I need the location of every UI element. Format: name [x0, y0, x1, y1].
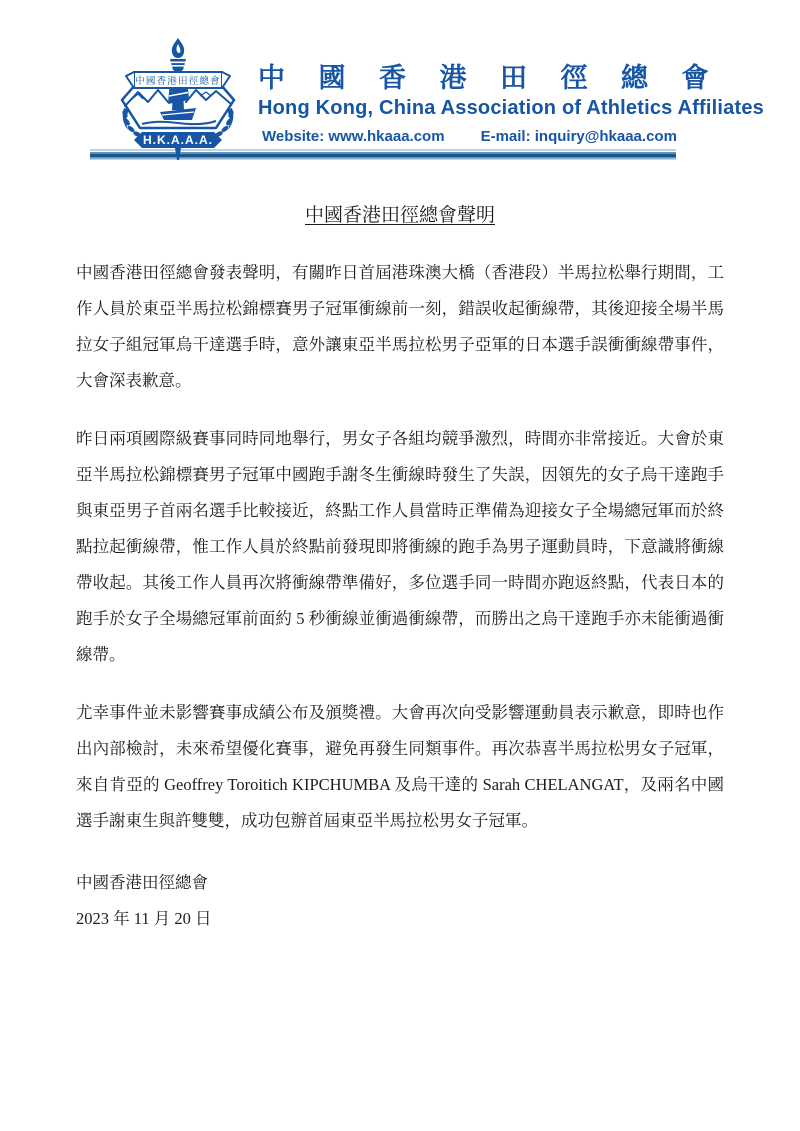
statement-paragraph-2: 昨日兩項國際級賽事同時同地舉行，男女子各組均競爭激烈，時間亦非常接近。大會於東亞…: [76, 421, 724, 673]
hkaaa-emblem-icon: 中國香港田徑總會 H.K.A.A.A.: [112, 36, 244, 164]
statement-paragraph-3: 尤幸事件並未影響賽事成績公布及頒獎禮。大會再次向受影響運動員表示歉意，即時也作出…: [76, 695, 724, 839]
statement-body: 中國香港田徑總會聲明 中國香港田徑總會發表聲明，有關昨日首屆港珠澳大橋（香港段）…: [76, 200, 724, 937]
org-name-chinese: 中 國 香 港 田 徑 總 會: [258, 64, 764, 94]
statement-title: 中國香港田徑總會聲明: [76, 200, 724, 227]
statement-paragraph-1: 中國香港田徑總會發表聲明，有關昨日首屆港珠澳大橋（香港段）半馬拉松舉行期間，工作…: [76, 255, 724, 399]
org-name-english: Hong Kong, China Association of Athletic…: [258, 97, 764, 120]
hkaaa-logo: 中國香港田徑總會 H.K.A.A.A.: [112, 36, 244, 164]
statement-page: 中國香港田徑總會 H.K.A.A.A. 中 國 香 港 田 徑 總 會 Hong…: [0, 0, 800, 1131]
signature-org: 中國香港田徑總會: [76, 865, 724, 901]
email-text[interactable]: E-mail: inquiry@hkaaa.com: [481, 128, 677, 145]
logo-banner-text: 中國香港田徑總會: [135, 75, 221, 87]
letterhead: 中國香港田徑總會 H.K.A.A.A. 中 國 香 港 田 徑 總 會 Hong…: [112, 36, 764, 164]
statement-date: 2023 年 11 月 20 日: [76, 901, 724, 937]
website-text[interactable]: Website: www.hkaaa.com: [262, 128, 445, 145]
logo-hkaaa-text: H.K.A.A.A.: [143, 133, 213, 147]
letterhead-text: 中 國 香 港 田 徑 總 會 Hong Kong, China Associa…: [258, 36, 764, 145]
contact-line: Website: www.hkaaa.com E-mail: inquiry@h…: [258, 128, 764, 145]
